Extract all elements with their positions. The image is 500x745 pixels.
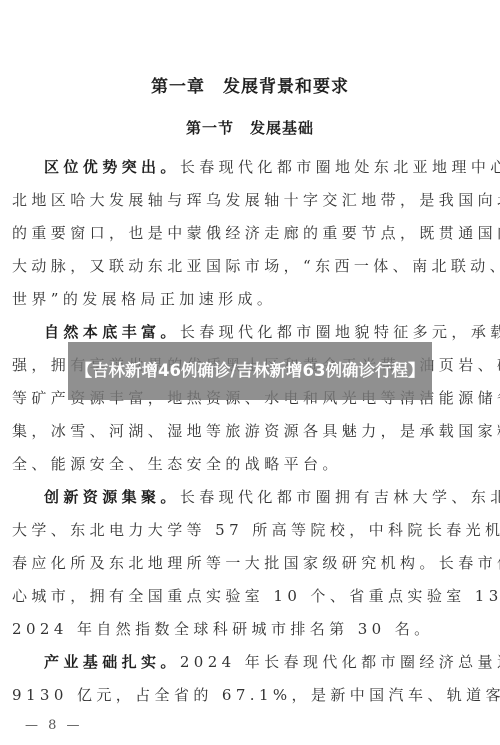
chapter-title: 第一章 发展背景和要求 — [0, 72, 500, 97]
paragraph-line: 大动脉，又联动东北亚国际市场，“东西一体、南北联动、走向 — [12, 256, 488, 276]
paragraph-line: 的重要窗口，也是中蒙俄经济走廊的重要节点，既贯通国内经济 — [12, 223, 488, 243]
paragraph-line: 创新资源集聚。长春现代化都市圈拥有吉林大学、东北师范 — [44, 487, 488, 507]
paragraph-line: 集，冰雪、河湖、湿地等旅游资源各具魅力，是承载国家粮食安 — [12, 421, 488, 441]
paragraph-line: 9130 亿元，占全省的 67.1%，是新中国汽车、轨道客车、光电 — [12, 685, 488, 705]
paragraph-lead: 创新资源集聚。 — [44, 488, 180, 506]
paragraph-line: 世界”的发展格局正加速形成。 — [12, 289, 488, 309]
paragraph-line: 产业基础扎实。2024 年长春现代化都市圈经济总量达到 — [44, 652, 488, 672]
paragraph-lead: 自然本底丰富。 — [44, 323, 180, 341]
paragraph-line: 大学、东北电力大学等 57 所高等院校，中科院长春光机所、长 — [12, 520, 488, 540]
section-title: 第一节 发展基础 — [0, 117, 500, 138]
paragraph-line: 北地区哈大发展轴与珲乌发展轴十字交汇地带，是我国向北开放 — [12, 190, 488, 210]
paragraph-line: 2024 年自然指数全球科研城市排名第 30 名。 — [12, 619, 488, 639]
paragraph-line: 春应化所及东北地理所等一大批国家级研究机构。长春市作为中 — [12, 553, 488, 573]
paragraph-line: 自然本底丰富。长春现代化都市圈地貌特征多元，承载能力 — [44, 322, 488, 342]
paragraph-line: 区位优势突出。长春现代化都市圈地处东北亚地理中心、东 — [44, 157, 488, 177]
paragraph-line: 全、能源安全、生态安全的战略平台。 — [12, 454, 488, 474]
banner-text: 【吉林新增46例确诊/吉林新增63例确诊行程】 — [75, 360, 425, 382]
paragraph-line: 心城市，拥有全国重点实验室 10 个、省重点实验室 134 个， — [12, 586, 488, 606]
headline-banner: 【吉林新增46例确诊/吉林新增63例确诊行程】 — [68, 342, 432, 400]
paragraph-lead: 产业基础扎实。 — [44, 653, 180, 671]
paragraph-lead: 区位优势突出。 — [44, 158, 180, 176]
page-number: — 8 — — [25, 718, 83, 733]
document-page: 第一章 发展背景和要求 第一节 发展基础 区位优势突出。长春现代化都市圈地处东北… — [0, 0, 500, 745]
